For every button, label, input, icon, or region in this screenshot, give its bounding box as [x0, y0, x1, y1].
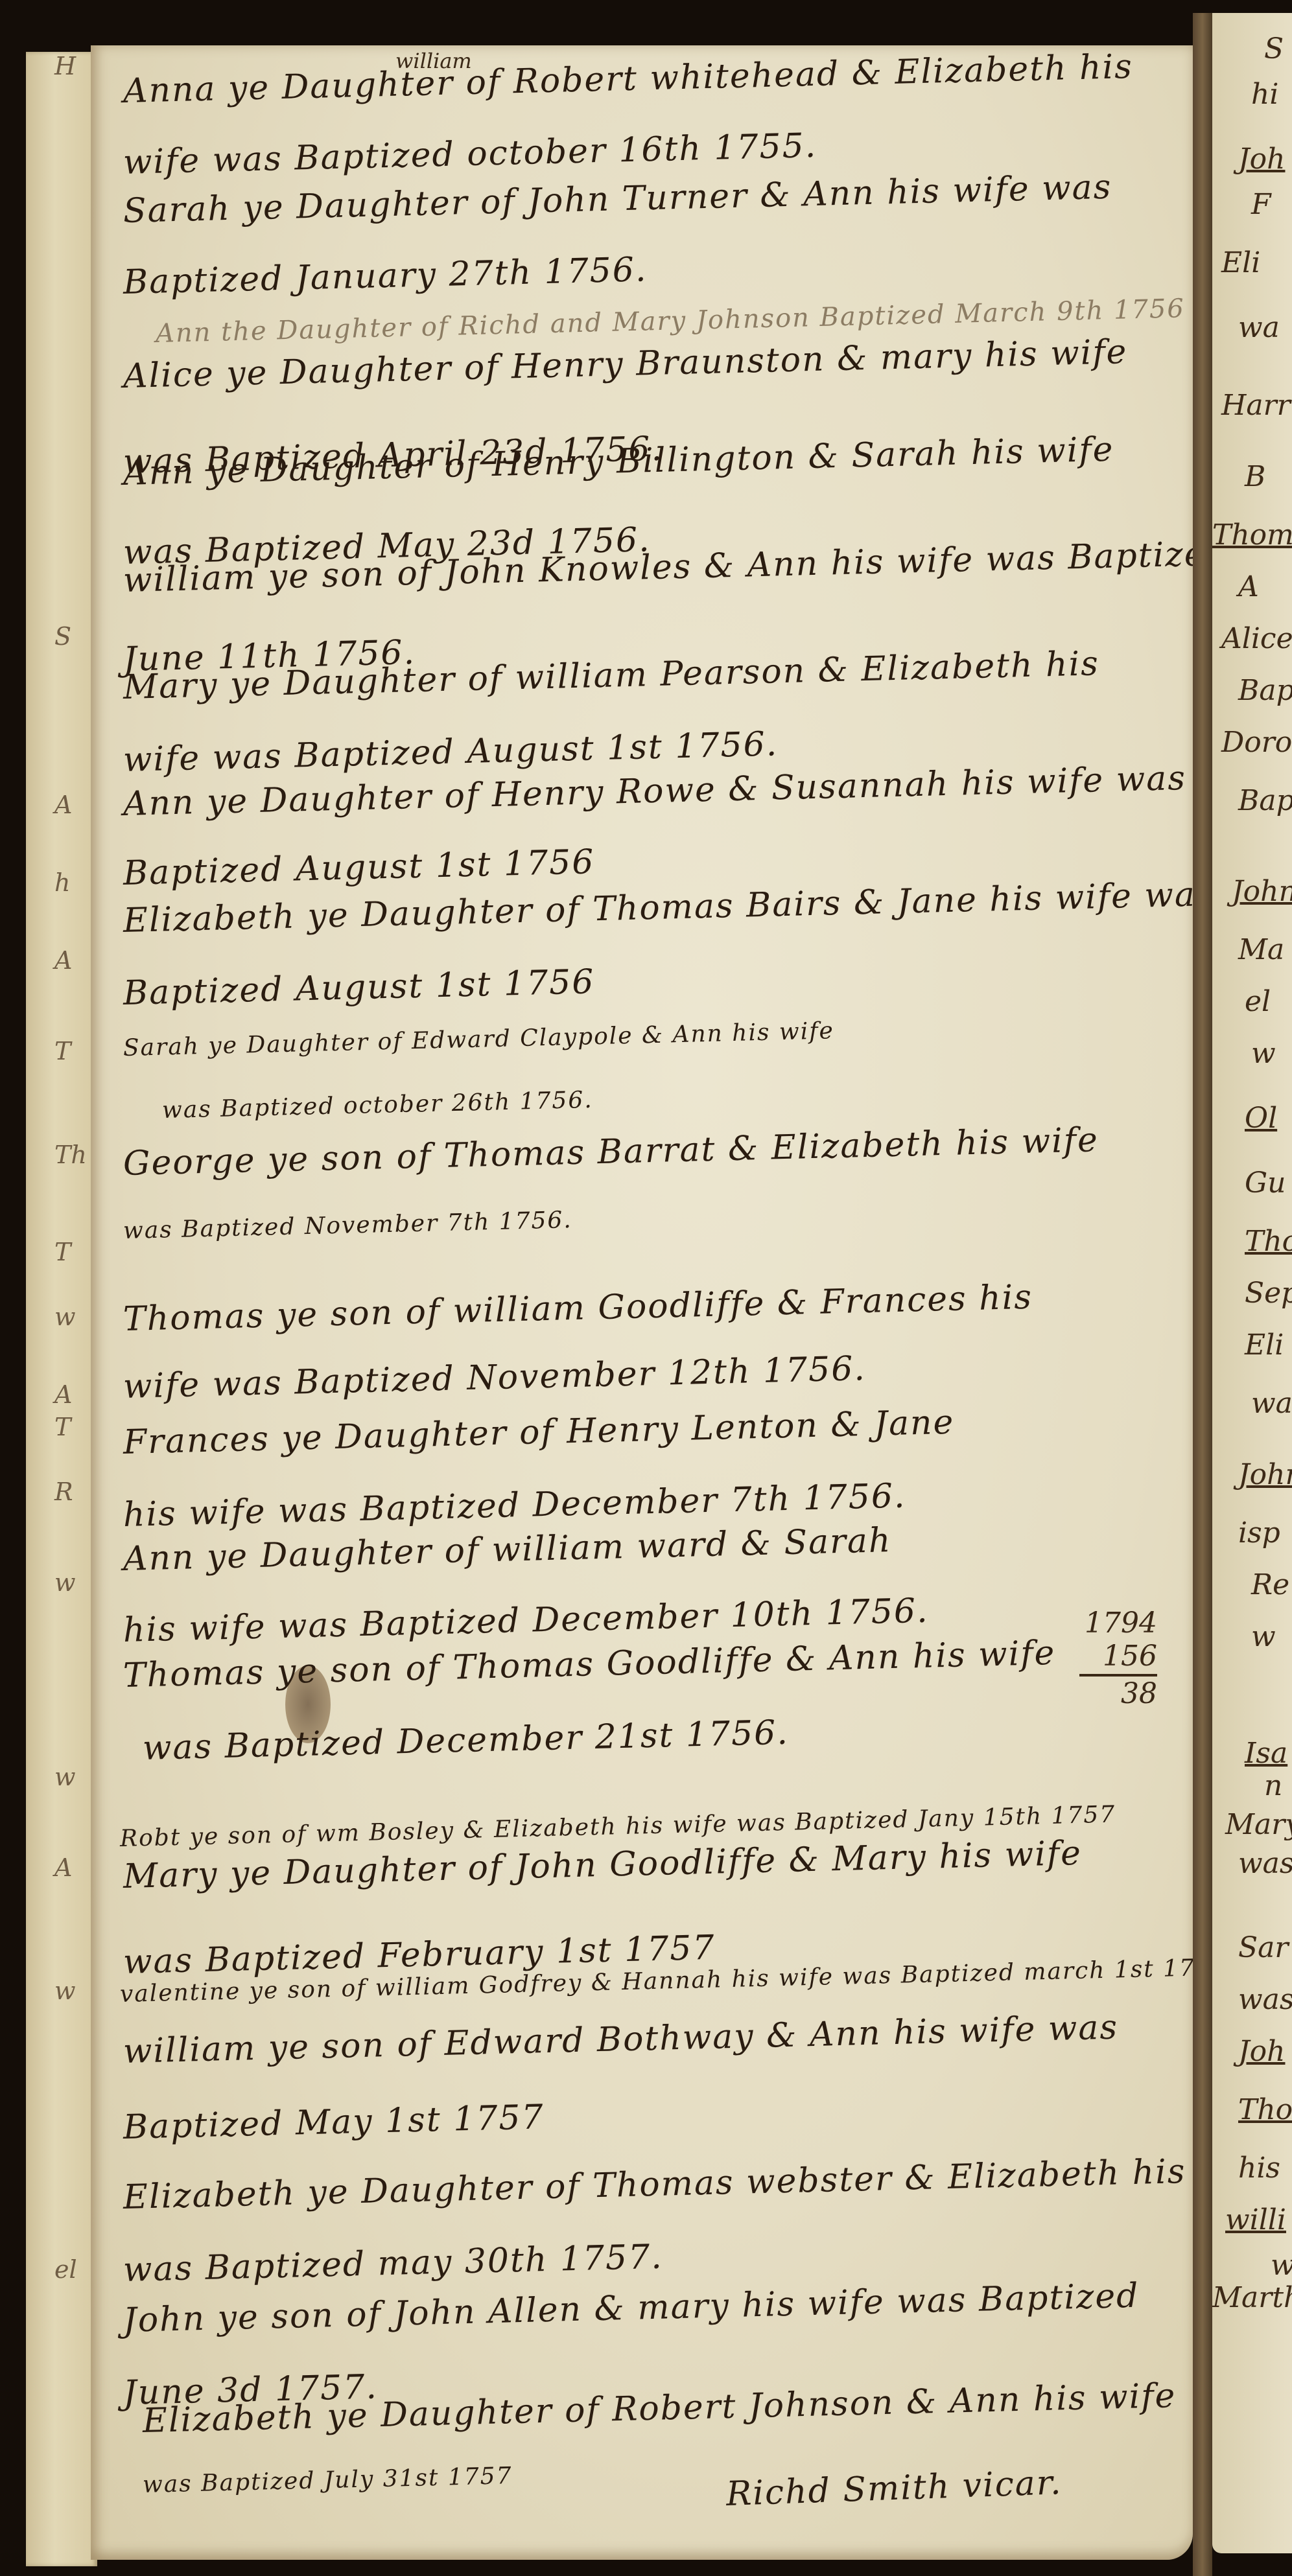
facing-fragment: Joh [1238, 2035, 1285, 2068]
sum-top: 1794 [1079, 1607, 1157, 1640]
facing-fragment: n [1264, 1769, 1282, 1802]
facing-fragment: wa [1251, 1387, 1292, 1420]
facing-fragment: John [1238, 1458, 1292, 1491]
margin-fragment: T [54, 1413, 71, 1441]
facing-fragment: el [1245, 985, 1271, 1018]
baptism-entry: Ann ye Daughter of william ward & Sarah … [123, 1542, 1173, 1647]
entry-line: was Baptized october 26th 1756. [162, 1074, 1173, 1122]
facing-fragment: Bap [1238, 674, 1292, 707]
facing-page-edge: S hi Joh F Eli wa Harr B Thoma A Alice B… [1212, 13, 1292, 2553]
facing-fragment: Tho [1245, 1225, 1292, 1258]
sum-result: 38 [1079, 1678, 1157, 1711]
baptism-entry: Elizabeth ye Daughter of Thomas Bairs & … [123, 904, 1173, 1010]
baptism-entry: George ye son of Thomas Barrat & Elizabe… [123, 1147, 1173, 1243]
margin-fragment: A [54, 1853, 72, 1882]
facing-fragment: Thoma [1212, 518, 1292, 551]
entry-line: Baptized May 1st 1757 [123, 2085, 1173, 2144]
margin-fragment: h [54, 868, 70, 897]
facing-fragment: B [1245, 460, 1265, 493]
baptism-entry: Sarah ye Daughter of John Turner & Ann h… [123, 194, 1173, 299]
baptism-entry: Thomas ye son of Thomas Goodliffe & Ann … [123, 1659, 1173, 1765]
baptism-entry: Elizabeth ye Daughter of Thomas webster … [123, 2181, 1173, 2287]
entry-line: was Baptized November 7th 1756. [123, 1194, 1173, 1243]
facing-fragment: Alice [1221, 622, 1292, 655]
facing-fragment: Re [1251, 1568, 1289, 1601]
margin-fragment: T [54, 1238, 71, 1266]
margin-fragment: w [54, 1303, 76, 1331]
facing-fragment: Martha [1212, 2281, 1292, 2314]
facing-fragment: Tho [1238, 2093, 1292, 2126]
margin-fragment: T [54, 1037, 71, 1065]
margin-fragment: A [54, 1380, 72, 1409]
baptism-entry-insertion: valentine ye son of william Godfrey & Ha… [120, 1983, 1170, 2006]
sum-minus: 156 [1079, 1640, 1157, 1673]
facing-fragment: was [1238, 1983, 1292, 2016]
entry-line: Baptized January 27th 1756. [123, 240, 1173, 299]
entry-line: wife was Baptized November 12th 1756. [123, 1344, 1173, 1404]
baptism-entry: Ann ye Daughter of Henry Rowe & Susannah… [123, 787, 1173, 890]
facing-fragment: his [1238, 2152, 1280, 2185]
margin-fragment: w [54, 1763, 76, 1791]
margin-fragment: el [54, 2255, 77, 2284]
baptism-entry: Frances ye Daughter of Henry Lenton & Ja… [123, 1426, 1173, 1532]
facing-fragment: Harr [1221, 389, 1291, 422]
previous-leaf-edge: H S A h A T Th T w A T R w w A w el [26, 52, 97, 2566]
baptism-entry: Thomas ye son of william Goodliffe & Fra… [123, 1303, 1173, 1404]
facing-fragment: willi [1225, 2203, 1286, 2236]
facing-fragment: Ol [1245, 1102, 1277, 1135]
facing-fragment: w [1271, 2249, 1292, 2282]
baptism-entry: Mary ye Daughter of william Pearson & El… [123, 671, 1173, 777]
baptism-entry: william Anna ye Daughter of Robert white… [123, 75, 1173, 180]
facing-fragment: Joh [1238, 143, 1285, 176]
facing-fragment: Mary [1225, 1808, 1292, 1841]
margin-fragment: w [54, 1568, 76, 1597]
facing-fragment: w [1251, 1620, 1276, 1653]
margin-fragment: H [54, 52, 76, 80]
facing-fragment: w [1251, 1037, 1276, 1070]
facing-fragment: Gu [1245, 1166, 1286, 1200]
facing-fragment: wa [1238, 311, 1280, 344]
facing-fragment: Dorot [1221, 726, 1292, 759]
margin-fragment: w [54, 1977, 76, 2005]
facing-fragment: isp [1238, 1516, 1280, 1549]
entry-line: was Baptized December 21st 1756. [142, 1706, 1173, 1765]
facing-fragment: F [1251, 188, 1271, 221]
entry-line: Baptized August 1st 1756 [123, 951, 1173, 1010]
facing-fragment: Eli [1221, 246, 1260, 279]
margin-fragment: R [54, 1478, 73, 1506]
facing-fragment: S [1264, 32, 1284, 65]
facing-fragment: Sep [1245, 1277, 1292, 1310]
baptism-entry: william ye son of Edward Bothway & Ann h… [123, 2035, 1173, 2144]
facing-fragment: Ma [1238, 933, 1284, 966]
facing-fragment: Bap [1238, 784, 1292, 817]
margin-fragment: A [54, 791, 72, 819]
entry-line: was Baptized may 30th 1757. [123, 2227, 1173, 2287]
facing-fragment: Isa [1245, 1737, 1287, 1770]
facing-fragment: A [1238, 570, 1259, 603]
book-gutter [1193, 13, 1212, 2576]
facing-fragment: John [1232, 875, 1292, 908]
margin-arithmetic: 1794 156 38 [1079, 1607, 1157, 1711]
margin-fragment: Th [54, 1141, 87, 1169]
baptism-entry: Sarah ye Daughter of Edward Claypole & A… [123, 1037, 1173, 1122]
sum-rule [1079, 1674, 1157, 1677]
facing-fragment: was [1238, 1847, 1292, 1880]
facing-fragment: Sar [1238, 1931, 1288, 1964]
facing-fragment: hi [1251, 78, 1278, 111]
margin-fragment: S [54, 622, 71, 651]
facing-fragment: Eli [1245, 1329, 1284, 1362]
margin-fragment: A [54, 946, 72, 975]
